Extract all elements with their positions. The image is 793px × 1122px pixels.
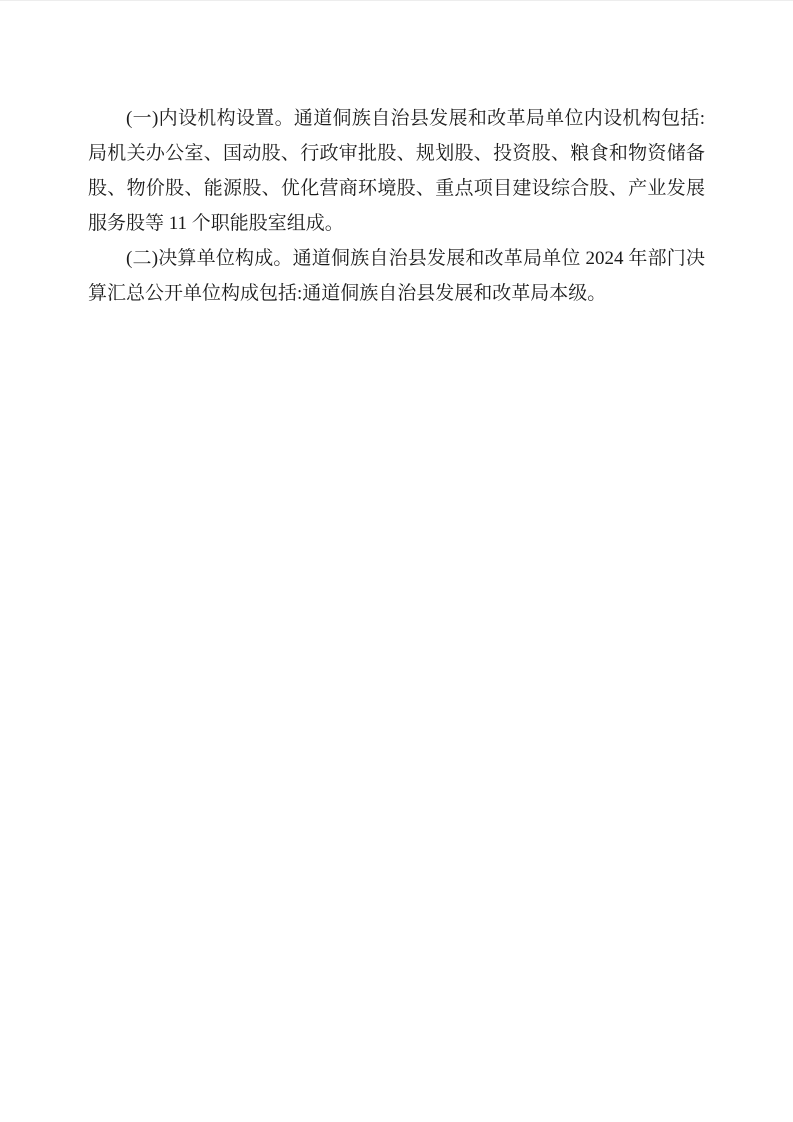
paragraph-internal-org-structure: (一)内设机构设置。通道侗族自治县发展和改革局单位内设机构包括:局机关办公室、国…	[88, 101, 705, 241]
paragraph-final-accounts-unit-composition: (二)决算单位构成。通道侗族自治县发展和改革局单位 2024 年部门决算汇总公开…	[88, 241, 705, 311]
document-page: (一)内设机构设置。通道侗族自治县发展和改革局单位内设机构包括:局机关办公室、国…	[0, 0, 793, 1122]
